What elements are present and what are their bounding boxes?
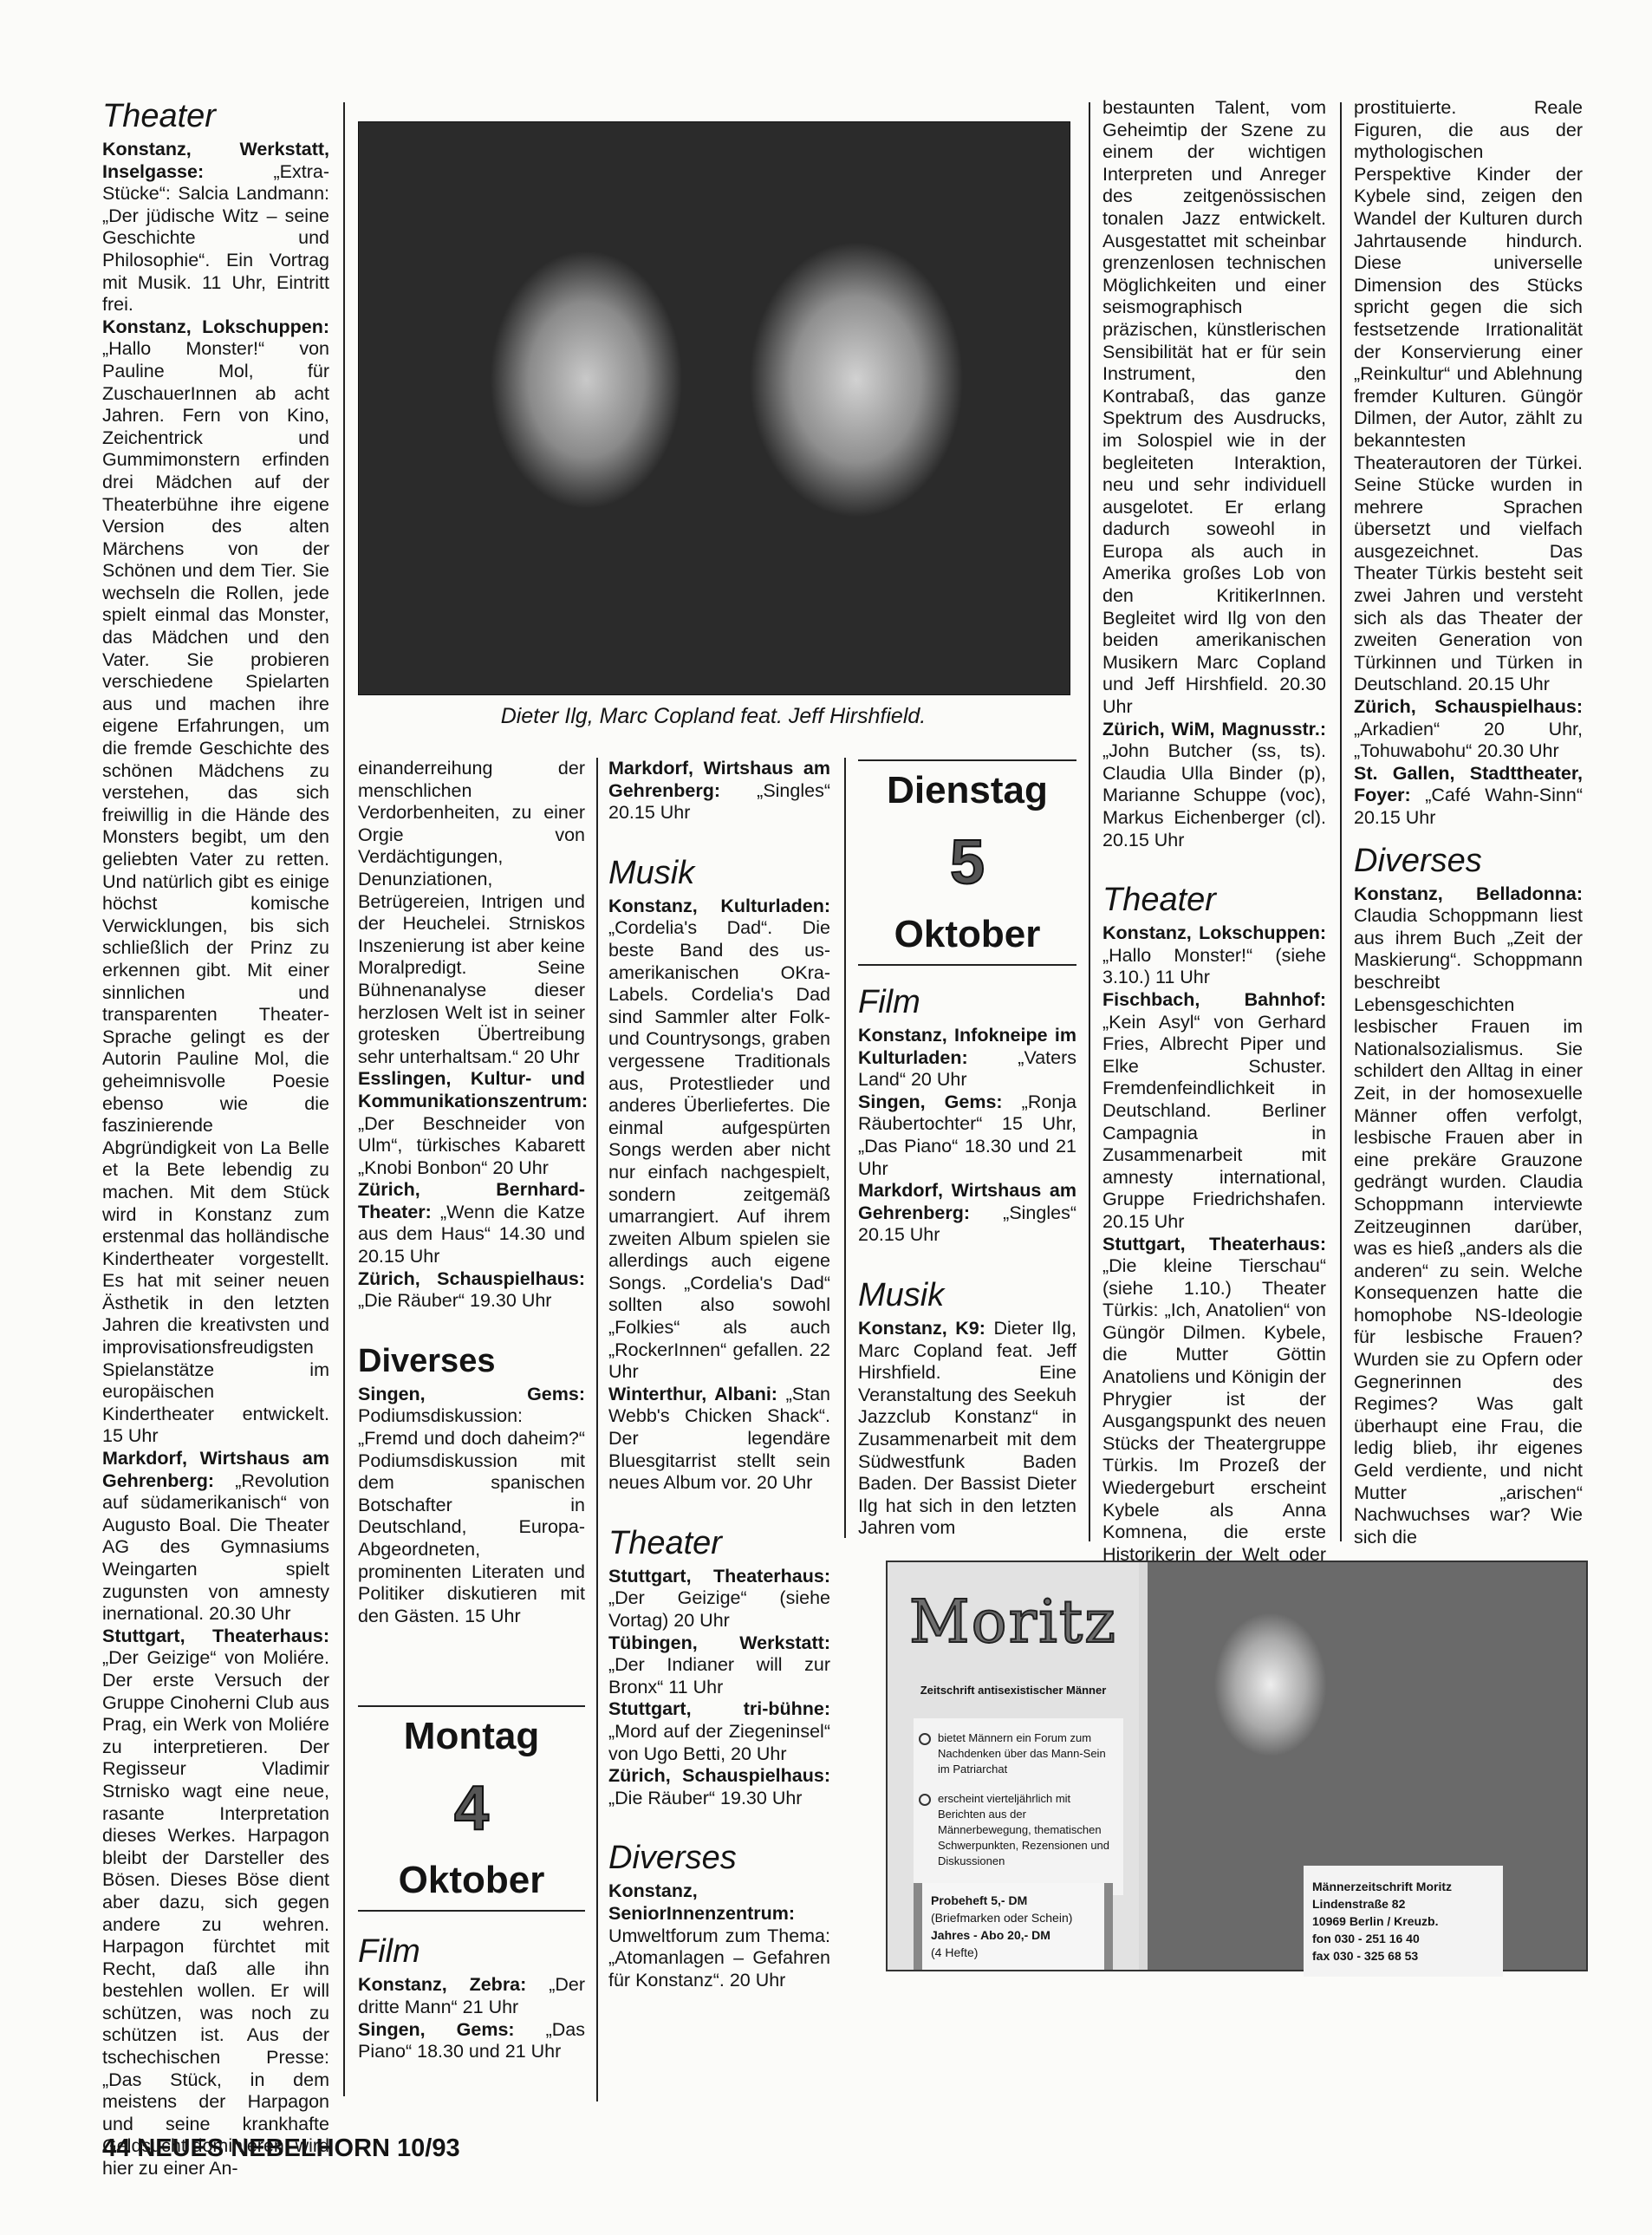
venue: Zürich, Schauspielhaus: xyxy=(358,1268,585,1289)
venue: Stuttgart, Theaterhaus: xyxy=(1102,1234,1326,1254)
listing-entry: Konstanz, Lokschuppen: „Hallo Monster!“ … xyxy=(1102,922,1326,989)
listing-entry: Konstanz, K9: Dieter Ilg, Marc Copland f… xyxy=(858,1318,1076,1540)
venue: Konstanz, SeniorInnenzentrum: xyxy=(608,1880,795,1924)
venue: Zürich, WiM, Magnusstr.: xyxy=(1102,719,1326,740)
listing-entry: Singen, Gems: „Das Piano“ 18.30 und 21 U… xyxy=(358,2019,585,2063)
column-divider xyxy=(343,102,345,2096)
listing-entry: Konstanz, Kulturladen: „Cordelia's Dad“.… xyxy=(608,896,830,1384)
month: Oktober xyxy=(358,1856,585,1905)
listing-entry: Konstanz, Belladonna: Claudia Schoppmann… xyxy=(1354,883,1583,1549)
listing-entry: Konstanz, Werkstatt, Inselgasse: „Extra-… xyxy=(102,139,329,316)
section-heading-musik: Musik xyxy=(608,854,830,892)
section-heading-film: Film xyxy=(358,1932,585,1971)
venue: Konstanz, Kulturladen: xyxy=(608,896,830,916)
listing-entry: Konstanz, Infokneipe im Kulturladen: „Va… xyxy=(858,1025,1076,1091)
listing-entry: Konstanz, Lokschuppen: „Hallo Monster!“ … xyxy=(102,316,329,1448)
venue: Singen, Gems: xyxy=(358,1384,585,1404)
month: Oktober xyxy=(858,910,1076,959)
venue: Konstanz, Belladonna: xyxy=(1354,883,1583,904)
listing-entry: Markdorf, Wirtshaus am Gehrenberg: „Sing… xyxy=(608,758,830,824)
date-header-tuesday: Dienstag 5 Oktober xyxy=(858,759,1076,966)
venue: Stuttgart, Theaterhaus: xyxy=(608,1566,830,1587)
continuation-text: prostituierte. Reale Figuren, die aus de… xyxy=(1354,97,1583,696)
section-heading-theater: Theater xyxy=(608,1524,830,1562)
listing-entry: Fischbach, Bahnhof: „Kein Asyl“ von Gerh… xyxy=(1102,989,1326,1234)
listing-entry: Markdorf, Wirtshaus am Gehrenberg: „Sing… xyxy=(858,1180,1076,1247)
venue: Tübingen, Werkstatt: xyxy=(608,1632,830,1653)
section-heading-diverses: Diverses xyxy=(608,1839,830,1877)
weekday: Montag xyxy=(358,1712,585,1761)
ad-price-box: Probeheft 5,- DM (Briefmarken oder Schei… xyxy=(914,1883,1113,1970)
ad-subtitle: Zeitschrift antisexistischer Männer xyxy=(893,1684,1134,1697)
column-divider xyxy=(844,758,846,1538)
column-2: einanderreihung der menschlichen Verdorb… xyxy=(358,758,585,2063)
listing-entry: Stuttgart, Theaterhaus: „Der Geizige“ vo… xyxy=(102,1626,329,2180)
venue: Zürich, Schauspielhaus: xyxy=(608,1765,830,1786)
section-heading-film: Film xyxy=(858,983,1076,1021)
column-divider xyxy=(596,758,598,2101)
publication-name: NEUES NEBELHORN 10/93 xyxy=(137,2134,459,2162)
bullet-icon xyxy=(919,1733,931,1745)
musicians-photo xyxy=(358,121,1070,695)
photo-caption: Dieter Ilg, Marc Copland feat. Jeff Hirs… xyxy=(358,704,1069,729)
listing-entry: Zürich, WiM, Magnusstr.: „John Butcher (… xyxy=(1102,719,1326,852)
venue: Winterthur, Albani: xyxy=(608,1384,777,1404)
venue: Zürich, Schauspielhaus: xyxy=(1354,696,1583,717)
listing-entry: St. Gallen, Stadttheater, Foyer: „Café W… xyxy=(1354,763,1583,830)
venue: Konstanz, Lokschuppen: xyxy=(102,316,329,337)
moritz-advertisement: Moritz Zeitschrift antisexistischer Männ… xyxy=(886,1561,1588,1971)
listing-entry: Zürich, Schauspielhaus: „Die Räuber“ 19.… xyxy=(358,1268,585,1313)
listing-entry: Winterthur, Albani: „Stan Webb's Chicken… xyxy=(608,1384,830,1495)
ad-address-box: Männerzeitschrift Moritz Lindenstraße 82… xyxy=(1304,1866,1503,1977)
day-number: 4 xyxy=(358,1761,585,1856)
venue: Stuttgart, Theaterhaus: xyxy=(102,1626,329,1646)
listing-entry: Stuttgart, Theaterhaus: „Die kleine Tier… xyxy=(1102,1234,1326,1589)
listing-entry: Singen, Gems: Podiumsdiskussion: „Fremd … xyxy=(358,1384,585,1628)
day-number: 5 xyxy=(858,815,1076,910)
ad-bullet: erscheint vierteljährlich mit Berichten … xyxy=(919,1791,1118,1869)
column-5: bestaunten Talent, vom Geheimtip der Sze… xyxy=(1102,97,1326,1588)
listing-entry: Zürich, Bernhard-Theater: „Wenn die Katz… xyxy=(358,1179,585,1267)
section-heading-musik: Musik xyxy=(858,1276,1076,1314)
column-3: Markdorf, Wirtshaus am Gehrenberg: „Sing… xyxy=(608,758,830,1991)
venue: Konstanz, Zebra: xyxy=(358,1974,526,1995)
section-heading-diverses: Diverses xyxy=(1354,842,1583,880)
column-6: prostituierte. Reale Figuren, die aus de… xyxy=(1354,97,1583,1548)
listing-entry: Stuttgart, tri-bühne: „Mord auf der Zieg… xyxy=(608,1698,830,1765)
column-divider xyxy=(1340,102,1342,1541)
date-header-monday: Montag 4 Oktober xyxy=(358,1705,585,1912)
weekday: Dienstag xyxy=(858,766,1076,815)
listing-entry: Esslingen, Kultur- und Kommunikationszen… xyxy=(358,1068,585,1179)
listing-entry: Zürich, Schauspielhaus: „Arkadien“ 20 Uh… xyxy=(1354,696,1583,763)
section-heading-theater: Theater xyxy=(1102,881,1326,919)
ad-info-panel: Moritz Zeitschrift antisexistischer Männ… xyxy=(888,1562,1139,1970)
venue: Singen, Gems: xyxy=(858,1091,1003,1112)
moritz-logo: Moritz xyxy=(905,1588,1122,1657)
venue: Konstanz, Lokschuppen: xyxy=(1102,922,1326,943)
column-1: Theater Konstanz, Werkstatt, Inselgasse:… xyxy=(102,97,329,2180)
ad-bullet-list: bietet Männern ein Forum zum Nachdenken … xyxy=(914,1718,1123,1895)
venue: Fischbach, Bahnhof: xyxy=(1102,989,1326,1010)
venue: Konstanz, K9: xyxy=(858,1318,985,1339)
venue: Esslingen, Kultur- und Kommunikationszen… xyxy=(358,1068,588,1111)
column-divider xyxy=(1089,102,1090,1541)
listing-entry: Stuttgart, Theaterhaus: „Der Geizige“ (s… xyxy=(608,1566,830,1632)
column-4: Dienstag 5 Oktober Film Konstanz, Infokn… xyxy=(858,759,1076,1540)
section-heading-diverses: Diverses xyxy=(358,1342,585,1380)
venue: Singen, Gems: xyxy=(358,2019,515,2040)
listing-entry: Markdorf, Wirtshaus am Gehrenberg: „Revo… xyxy=(102,1448,329,1626)
listing-entry: Tübingen, Werkstatt: „Der Indianer will … xyxy=(608,1632,830,1699)
listing-entry: Singen, Gems: „Ronja Räubertochter“ 15 U… xyxy=(858,1091,1076,1180)
bullet-icon xyxy=(919,1794,931,1806)
page-footer: 44 NEUES NEBELHORN 10/93 xyxy=(102,2134,460,2163)
continuation-text: einanderreihung der menschlichen Verdorb… xyxy=(358,758,585,1068)
ad-bullet: bietet Männern ein Forum zum Nachdenken … xyxy=(919,1730,1118,1777)
listing-entry: Zürich, Schauspielhaus: „Die Räuber“ 19.… xyxy=(608,1765,830,1809)
section-heading-theater: Theater xyxy=(102,97,329,135)
listing-entry: Konstanz, SeniorInnenzentrum: Umweltforu… xyxy=(608,1880,830,1991)
listing-entry: Konstanz, Zebra: „Der dritte Mann“ 21 Uh… xyxy=(358,1974,585,2018)
venue: Stuttgart, tri-bühne: xyxy=(608,1698,830,1719)
page-number: 44 xyxy=(102,2134,130,2162)
continuation-text: bestaunten Talent, vom Geheimtip der Sze… xyxy=(1102,97,1326,719)
